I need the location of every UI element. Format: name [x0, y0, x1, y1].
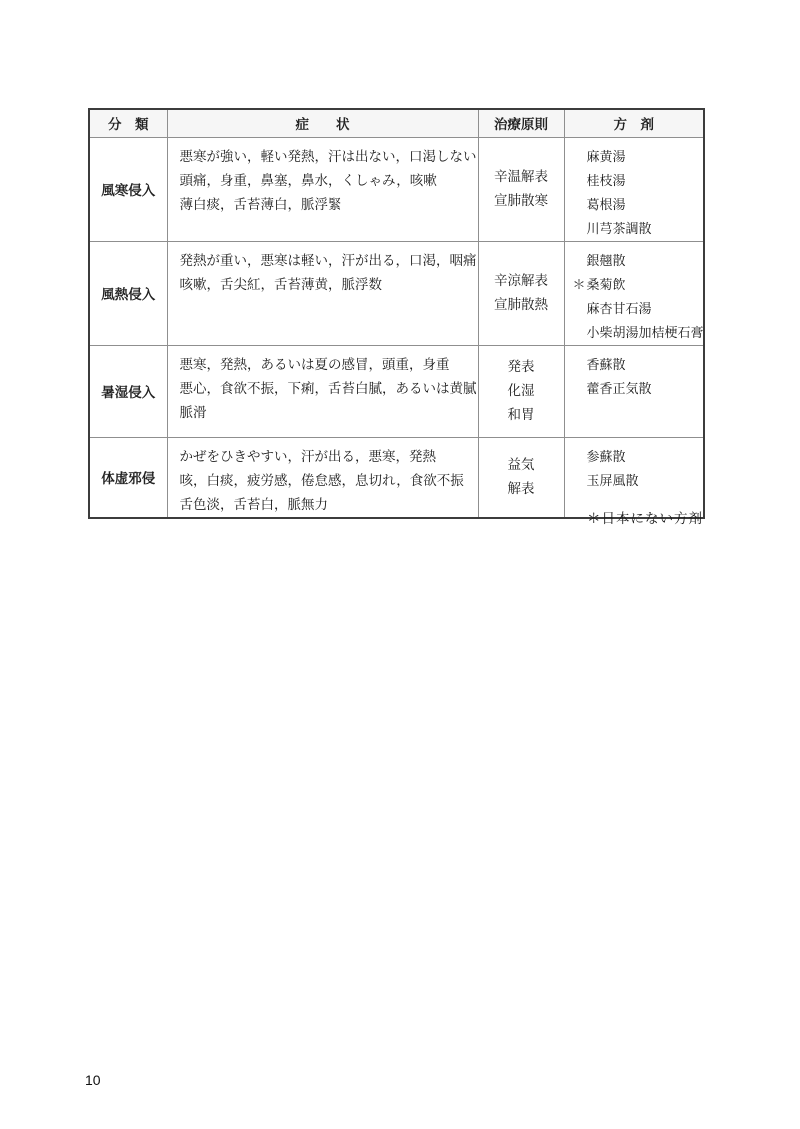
not-available-in-japan-asterisk: ＊ — [573, 273, 587, 297]
column-header-0: 分 類 — [89, 109, 167, 137]
prescription-name: 麻黄湯 — [587, 149, 626, 164]
prescription-name: 香蘇散 — [587, 357, 626, 372]
prescription-line: 麻黄湯 — [587, 145, 702, 169]
prescription-line: 銀翹散 — [587, 249, 702, 273]
column-header-3: 方 剤 — [564, 109, 704, 137]
symptom-line: 咳嗽，舌尖紅，舌苔薄黄，脈浮数 — [180, 273, 472, 297]
prescriptions-cell: 香蘇散藿香正気散 — [564, 345, 704, 437]
table-row: 体虚邪侵かぜをひきやすい，汗が出る，悪寒，発熱咳，白痰，疲労感，倦怠感，息切れ，… — [89, 437, 704, 518]
category-cell: 暑湿侵入 — [89, 345, 167, 437]
table-row: 風熱侵入発熱が重い，悪寒は軽い，汗が出る，口渇，咽痛咳嗽，舌尖紅，舌苔薄黄，脈浮… — [89, 241, 704, 345]
page-number: 10 — [85, 1072, 101, 1088]
table-row: 風寒侵入悪寒が強い，軽い発熱，汗は出ない，口渇しない頭痛，身重，鼻塞，鼻水，くし… — [89, 137, 704, 241]
table-row: 暑湿侵入悪寒，発熱，あるいは夏の感冒，頭重，身重悪心，食欲不振，下痢，舌苔白膩，… — [89, 345, 704, 437]
prescription-name: 麻杏甘石湯 — [587, 301, 652, 316]
prescriptions-cell: 参蘇散玉屏風散 — [564, 437, 704, 518]
prescription-name: 小柴胡湯加桔梗石膏 — [587, 325, 704, 340]
principle-line: 宣肺散熱 — [479, 293, 564, 317]
treatment-principles-cell: 辛温解表宣肺散寒 — [478, 137, 564, 241]
prescription-name: 桑菊飲 — [587, 277, 626, 292]
category-cell: 風寒侵入 — [89, 137, 167, 241]
table-body: 風寒侵入悪寒が強い，軽い発熱，汗は出ない，口渇しない頭痛，身重，鼻塞，鼻水，くし… — [89, 137, 704, 518]
prescription-line: 藿香正気散 — [587, 377, 702, 401]
treatment-principles-cell: 辛涼解表宣肺散熱 — [478, 241, 564, 345]
table-footnote: ＊日本にない方剤 — [587, 507, 703, 527]
prescription-line: 葛根湯 — [587, 193, 702, 217]
symptoms-cell: 発熱が重い，悪寒は軽い，汗が出る，口渇，咽痛咳嗽，舌尖紅，舌苔薄黄，脈浮数 — [167, 241, 478, 345]
symptoms-cell: かぜをひきやすい，汗が出る，悪寒，発熱咳，白痰，疲労感，倦怠感，息切れ，食欲不振… — [167, 437, 478, 518]
principle-line: 和胃 — [479, 403, 564, 427]
symptom-line: 悪心，食欲不振，下痢，舌苔白膩，あるいは黄膩 — [180, 377, 472, 401]
column-header-1: 症 状 — [167, 109, 478, 137]
prescription-line: 桂枝湯 — [587, 169, 702, 193]
prescription-name: 銀翹散 — [587, 253, 626, 268]
category-cell: 風熱侵入 — [89, 241, 167, 345]
prescription-name: 玉屏風散 — [587, 473, 639, 488]
prescription-name: 藿香正気散 — [587, 381, 652, 396]
prescription-line: 参蘇散 — [587, 445, 702, 469]
prescription-line: 香蘇散 — [587, 353, 702, 377]
prescription-name: 葛根湯 — [587, 197, 626, 212]
symptom-line: 舌色淡，舌苔白，脈無力 — [180, 493, 472, 517]
prescriptions-cell: 銀翹散＊桑菊飲麻杏甘石湯小柴胡湯加桔梗石膏 — [564, 241, 704, 345]
prescription-line: 玉屏風散 — [587, 469, 702, 493]
principle-line: 辛温解表 — [479, 165, 564, 189]
column-header-2: 治療原則 — [478, 109, 564, 137]
symptom-line: 頭痛，身重，鼻塞，鼻水，くしゃみ，咳嗽 — [180, 169, 472, 193]
principle-line: 発表 — [479, 355, 564, 379]
principle-line: 解表 — [479, 477, 564, 501]
cold-syndrome-classification-table: 分 類症 状治療原則方 剤 風寒侵入悪寒が強い，軽い発熱，汗は出ない，口渇しない… — [88, 108, 705, 519]
prescription-line: ＊桑菊飲 — [587, 273, 702, 297]
symptom-line: 悪寒が強い，軽い発熱，汗は出ない，口渇しない — [180, 145, 472, 169]
prescription-line: 麻杏甘石湯 — [587, 297, 702, 321]
treatment-principles-cell: 発表化湿和胃 — [478, 345, 564, 437]
category-cell: 体虚邪侵 — [89, 437, 167, 518]
symptom-line: 咳，白痰，疲労感，倦怠感，息切れ，食欲不振 — [180, 469, 472, 493]
principle-line: 宣肺散寒 — [479, 189, 564, 213]
table-header-row: 分 類症 状治療原則方 剤 — [89, 109, 704, 137]
treatment-principles-cell: 益気解表 — [478, 437, 564, 518]
principle-line: 益気 — [479, 453, 564, 477]
prescription-line: 小柴胡湯加桔梗石膏 — [587, 321, 702, 345]
prescription-name: 参蘇散 — [587, 449, 626, 464]
prescription-name: 川芎茶調散 — [587, 221, 652, 236]
symptom-line: 発熱が重い，悪寒は軽い，汗が出る，口渇，咽痛 — [180, 249, 472, 273]
prescription-name: 桂枝湯 — [587, 173, 626, 188]
principle-line: 辛涼解表 — [479, 269, 564, 293]
prescriptions-cell: 麻黄湯桂枝湯葛根湯川芎茶調散 — [564, 137, 704, 241]
symptoms-cell: 悪寒が強い，軽い発熱，汗は出ない，口渇しない頭痛，身重，鼻塞，鼻水，くしゃみ，咳… — [167, 137, 478, 241]
prescription-line: 川芎茶調散 — [587, 217, 702, 241]
principle-line: 化湿 — [479, 379, 564, 403]
symptom-line: 薄白痰，舌苔薄白，脈浮緊 — [180, 193, 472, 217]
symptoms-cell: 悪寒，発熱，あるいは夏の感冒，頭重，身重悪心，食欲不振，下痢，舌苔白膩，あるいは… — [167, 345, 478, 437]
symptom-line: 悪寒，発熱，あるいは夏の感冒，頭重，身重 — [180, 353, 472, 377]
symptom-line: 脈滑 — [180, 401, 472, 425]
symptom-line: かぜをひきやすい，汗が出る，悪寒，発熱 — [180, 445, 472, 469]
